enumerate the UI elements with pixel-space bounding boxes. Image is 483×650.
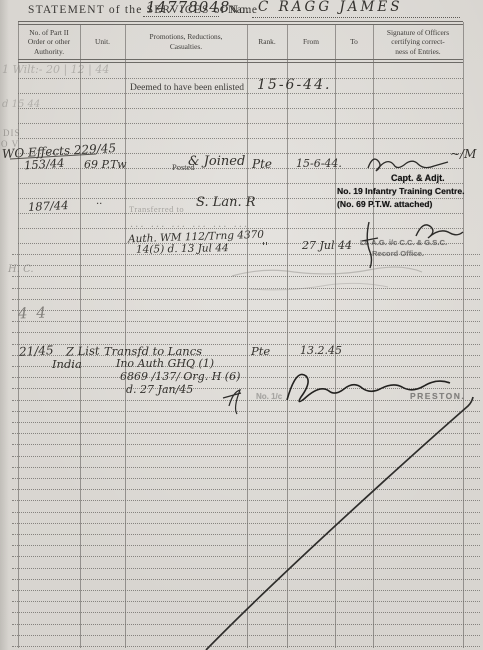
row1-unit: 69 P.Tw: [84, 158, 127, 171]
stamp-preston-fragment: No. 1/c: [256, 392, 282, 401]
row-rule: [12, 534, 480, 535]
row3-promo-line2: Ino Auth GHQ (1): [116, 357, 214, 370]
table-top-rule-1: [18, 21, 463, 22]
row1-countersign: ~/M: [450, 147, 476, 161]
stamp-itc-line3: (No. 69 P.T.W. attached): [337, 199, 432, 209]
margin-note-wilt: 1 Wilt:- 20 | 12 | 44: [2, 63, 109, 76]
row3-unit-line2: India: [52, 357, 82, 371]
row-rule: [12, 332, 480, 333]
enlistment-date: 15-6-44.: [257, 77, 331, 93]
row1-rank: Pte: [252, 157, 272, 171]
row-rule: [12, 601, 480, 602]
row-rule: [12, 422, 480, 423]
row-rule: [12, 545, 480, 546]
row-rule: [12, 500, 480, 501]
signature-record-office: [416, 225, 463, 238]
row3-promo-line4: d. 27 Jan/45: [126, 383, 193, 396]
row-rule: [12, 556, 480, 557]
row-rule: [12, 612, 480, 613]
col-header-signature: Signature of Officers certifying correct…: [373, 25, 463, 59]
column-rule: [287, 25, 288, 648]
row3-promo-line1: Transfd to Lancs: [104, 344, 202, 358]
column-rule: [247, 25, 248, 648]
column-rule: [373, 25, 374, 648]
row-rule: [12, 523, 480, 524]
row2-auth-line2: 14(5) d. 13 Jul 44: [136, 242, 229, 256]
margin-note-dis: DIS: [3, 128, 21, 138]
row-rule: [12, 276, 480, 277]
col-header-from: From: [287, 25, 335, 59]
column-rule: [335, 25, 336, 648]
ink-overlay: [0, 0, 483, 650]
stamp-capt-adjt: Capt. & Adjt.: [391, 173, 445, 183]
row-rule: [12, 388, 480, 389]
row-rule: [18, 213, 463, 214]
row-rule: [12, 624, 480, 625]
row-rule: [12, 489, 480, 490]
row-rule: [18, 78, 463, 79]
signature-capt-adjt: [368, 159, 448, 171]
col-header-rank: Rank.: [247, 25, 287, 59]
row3-promo-line3: 6869 /137/ Org. H (6): [120, 370, 240, 383]
row2-from-date: 27 Jul 44: [302, 239, 352, 252]
row-rule: [18, 93, 463, 94]
row-rule: [12, 568, 480, 569]
row-rule: [12, 467, 480, 468]
col-header-unit: Unit.: [80, 25, 125, 59]
row-rule: [18, 108, 463, 109]
col-header-promotions: Promotions, Reductions, Casualties.: [125, 25, 247, 59]
enlistment-printed-text: Deemed to have been enlisted: [130, 83, 244, 93]
stamp-itc-line2: No. 19 Infantry Training Centre.: [337, 186, 465, 196]
column-rule: [125, 25, 126, 648]
service-record-page: STATEMENT of the SERVICES of No. 1477804…: [0, 0, 483, 650]
row2-transferred-label: Transferred to: [129, 204, 184, 214]
row-rule: [12, 366, 480, 367]
row-rule: [12, 411, 480, 412]
pencil-hc-note: H. C.: [8, 264, 34, 275]
stamp-record-office-line2: Record Office.: [372, 249, 424, 258]
row3-from-date: 13.2.45: [300, 344, 342, 357]
row1-joined: & Joined: [188, 154, 245, 169]
name-rule: [252, 2, 460, 18]
row-rule: [12, 456, 480, 457]
row-rule: [12, 646, 480, 647]
row-rule: [12, 310, 480, 311]
row-rule: [12, 288, 480, 289]
col-header-authority: No. of Part II Order or other Authority.: [18, 25, 80, 59]
row-rule: [12, 590, 480, 591]
row1-authority: 153/44: [24, 156, 65, 173]
pencil-44-note: 4 4: [18, 303, 48, 322]
column-rule: [80, 25, 81, 648]
margin-note-2: d 15 44: [2, 99, 40, 110]
column-rule: [463, 22, 464, 648]
row-rule: [18, 138, 463, 139]
row2-rank-ditto: '': [262, 240, 268, 253]
service-number-rule: [143, 1, 219, 17]
stamp-record-office-line1: Lt. A.G. i/c C.C. & G.S.C.: [360, 238, 447, 247]
row-rule: [18, 183, 463, 184]
row-rule: [12, 299, 480, 300]
row-rule: [12, 321, 480, 322]
row2-destination: S. Lan. R: [196, 195, 256, 210]
row-rule: [18, 123, 463, 124]
row-rule: [12, 433, 480, 434]
row-rule: [12, 478, 480, 479]
pencil-scribble-1: [232, 267, 422, 276]
row2-unit-ditto: ..: [96, 196, 102, 207]
row-rule: [12, 377, 480, 378]
header-bottom-rule-1: [18, 59, 463, 60]
row3-rank: Pte: [251, 344, 270, 358]
row2-ditto-dots: ... ... ... ... ... ...: [130, 219, 249, 230]
column-rule: [18, 22, 19, 648]
row2-authority: 187/44: [28, 198, 69, 214]
row1-from-date: 15-6-44.: [296, 157, 342, 170]
stamp-preston: PRESTON.: [410, 391, 465, 401]
col-header-to: To: [335, 25, 373, 59]
row3-authority: 21/45: [19, 343, 54, 359]
row-rule: [12, 265, 480, 266]
row-rule: [12, 512, 480, 513]
row-rule: [12, 635, 480, 636]
row-rule: [12, 579, 480, 580]
row-rule: [12, 444, 480, 445]
